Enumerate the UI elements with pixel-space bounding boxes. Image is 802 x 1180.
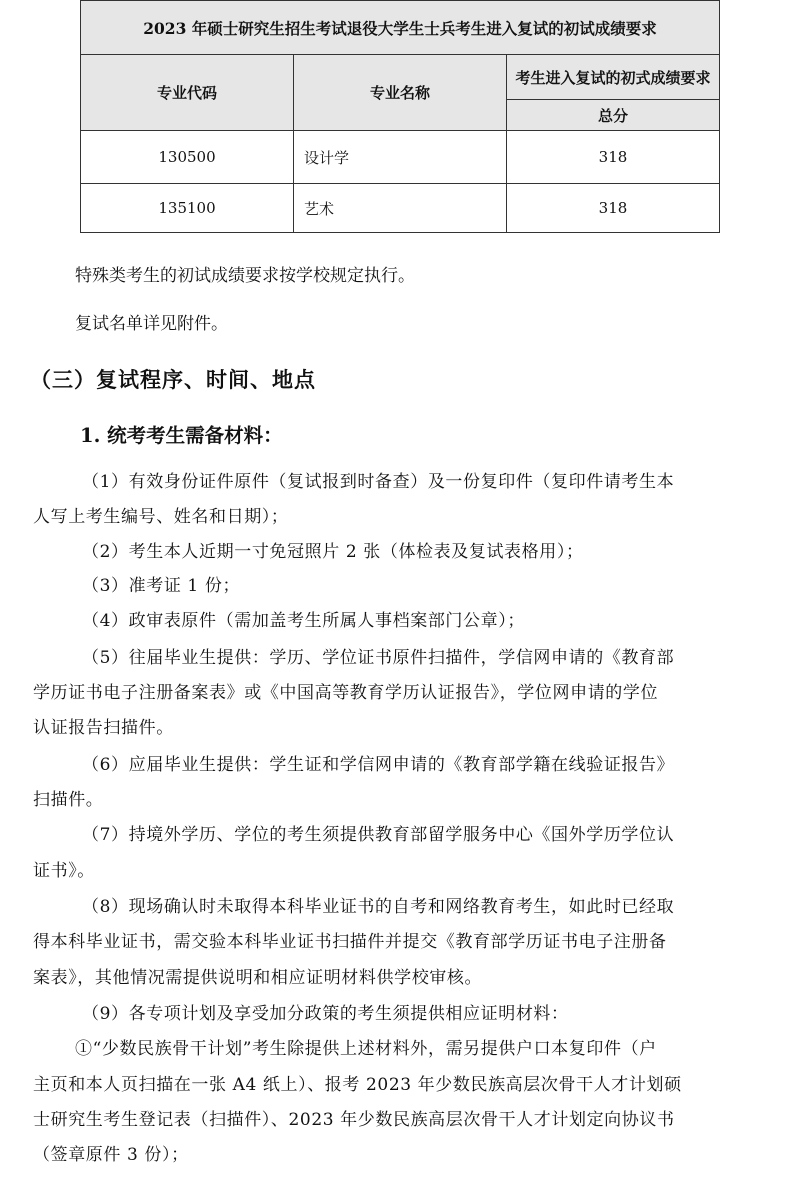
item-1-line-2: 人写上考生编号、姓名和日期）； [33,502,773,527]
score-requirements-table: 2023 年硕士研究生招生考试退役大学生士兵考生进入复试的初试成绩要求 专业代码… [80,0,720,233]
item-5-line-3: 认证报告扫描件。 [33,713,773,738]
item-9-1-line-4: （签章原件 3 份）； [33,1140,773,1165]
item-1-line-1: （1）有效身份证件原件（复试报到时备查）及一份复印件（复印件请考生本 [82,467,802,492]
cell-total: 318 [507,184,720,233]
cell-code: 130500 [81,131,294,184]
item-9-1-line-2: 主页和本人页扫描在一张 A4 纸上）、报考 2023 年少数民族高层次骨干人才计… [33,1070,773,1095]
item-3: （3）准考证 1 份； [82,571,802,596]
cell-total: 318 [507,131,720,184]
note-special: 特殊类考生的初试成绩要求按学校规定执行。 [75,265,802,287]
cell-name: 设计学 [294,131,507,184]
item-5-line-2: 学历证书电子注册备案表》或《中国高等教育学历认证报告》，学位网申请的学位 [33,678,773,703]
item-7-line-2: 证书》。 [33,856,773,881]
item-6-line-1: （6）应届毕业生提供：学生证和学信网申请的《教育部学籍在线验证报告》 [82,750,802,775]
item-6-line-2: 扫描件。 [33,785,773,810]
item-8-line-3: 案表》，其他情况需提供说明和相应证明材料供学校审核。 [33,963,773,988]
header-code: 专业代码 [81,55,294,131]
header-total: 总分 [507,100,720,131]
table-row: 130500 设计学 318 [81,131,720,184]
table-row: 135100 艺术 318 [81,184,720,233]
item-8-line-2: 得本科毕业证书，需交验本科毕业证书扫描件并提交《教育部学历证书电子注册备 [33,927,773,952]
item-9-1-line-1: ①“少数民族骨干计划”考生除提供上述材料外，需另提供户口本复印件（户 [75,1034,802,1059]
item-7-line-1: （7）持境外学历、学位的考生须提供教育部留学服务中心《国外学历学位认 [82,820,802,845]
cell-name: 艺术 [294,184,507,233]
item-9-1-line-3: 士研究生考生登记表（扫描件）、2023 年少数民族高层次骨干人才计划定向协议书 [33,1105,773,1130]
header-name: 专业名称 [294,55,507,131]
subsection-heading: 1. 统考考生需备材料： [80,420,283,448]
item-5-line-1: （5）往届毕业生提供：学历、学位证书原件扫描件，学信网申请的《教育部 [82,643,802,668]
cell-code: 135100 [81,184,294,233]
item-2: （2）考生本人近期一寸免冠照片 2 张（体检表及复试表格用）； [82,537,802,562]
note-list: 复试名单详见附件。 [75,313,802,335]
item-9: （9）各专项计划及享受加分政策的考生须提供相应证明材料： [82,999,802,1024]
item-4: （4）政审表原件（需加盖考生所属人事档案部门公章）； [82,606,802,631]
table-title: 2023 年硕士研究生招生考试退役大学生士兵考生进入复试的初试成绩要求 [81,1,720,55]
item-8-line-1: （8）现场确认时未取得本科毕业证书的自考和网络教育考生，如此时已经取 [82,892,802,917]
section-heading: （三）复试程序、时间、地点 [30,364,316,394]
header-requirement: 考生进入复试的初式成绩要求 [507,55,720,100]
